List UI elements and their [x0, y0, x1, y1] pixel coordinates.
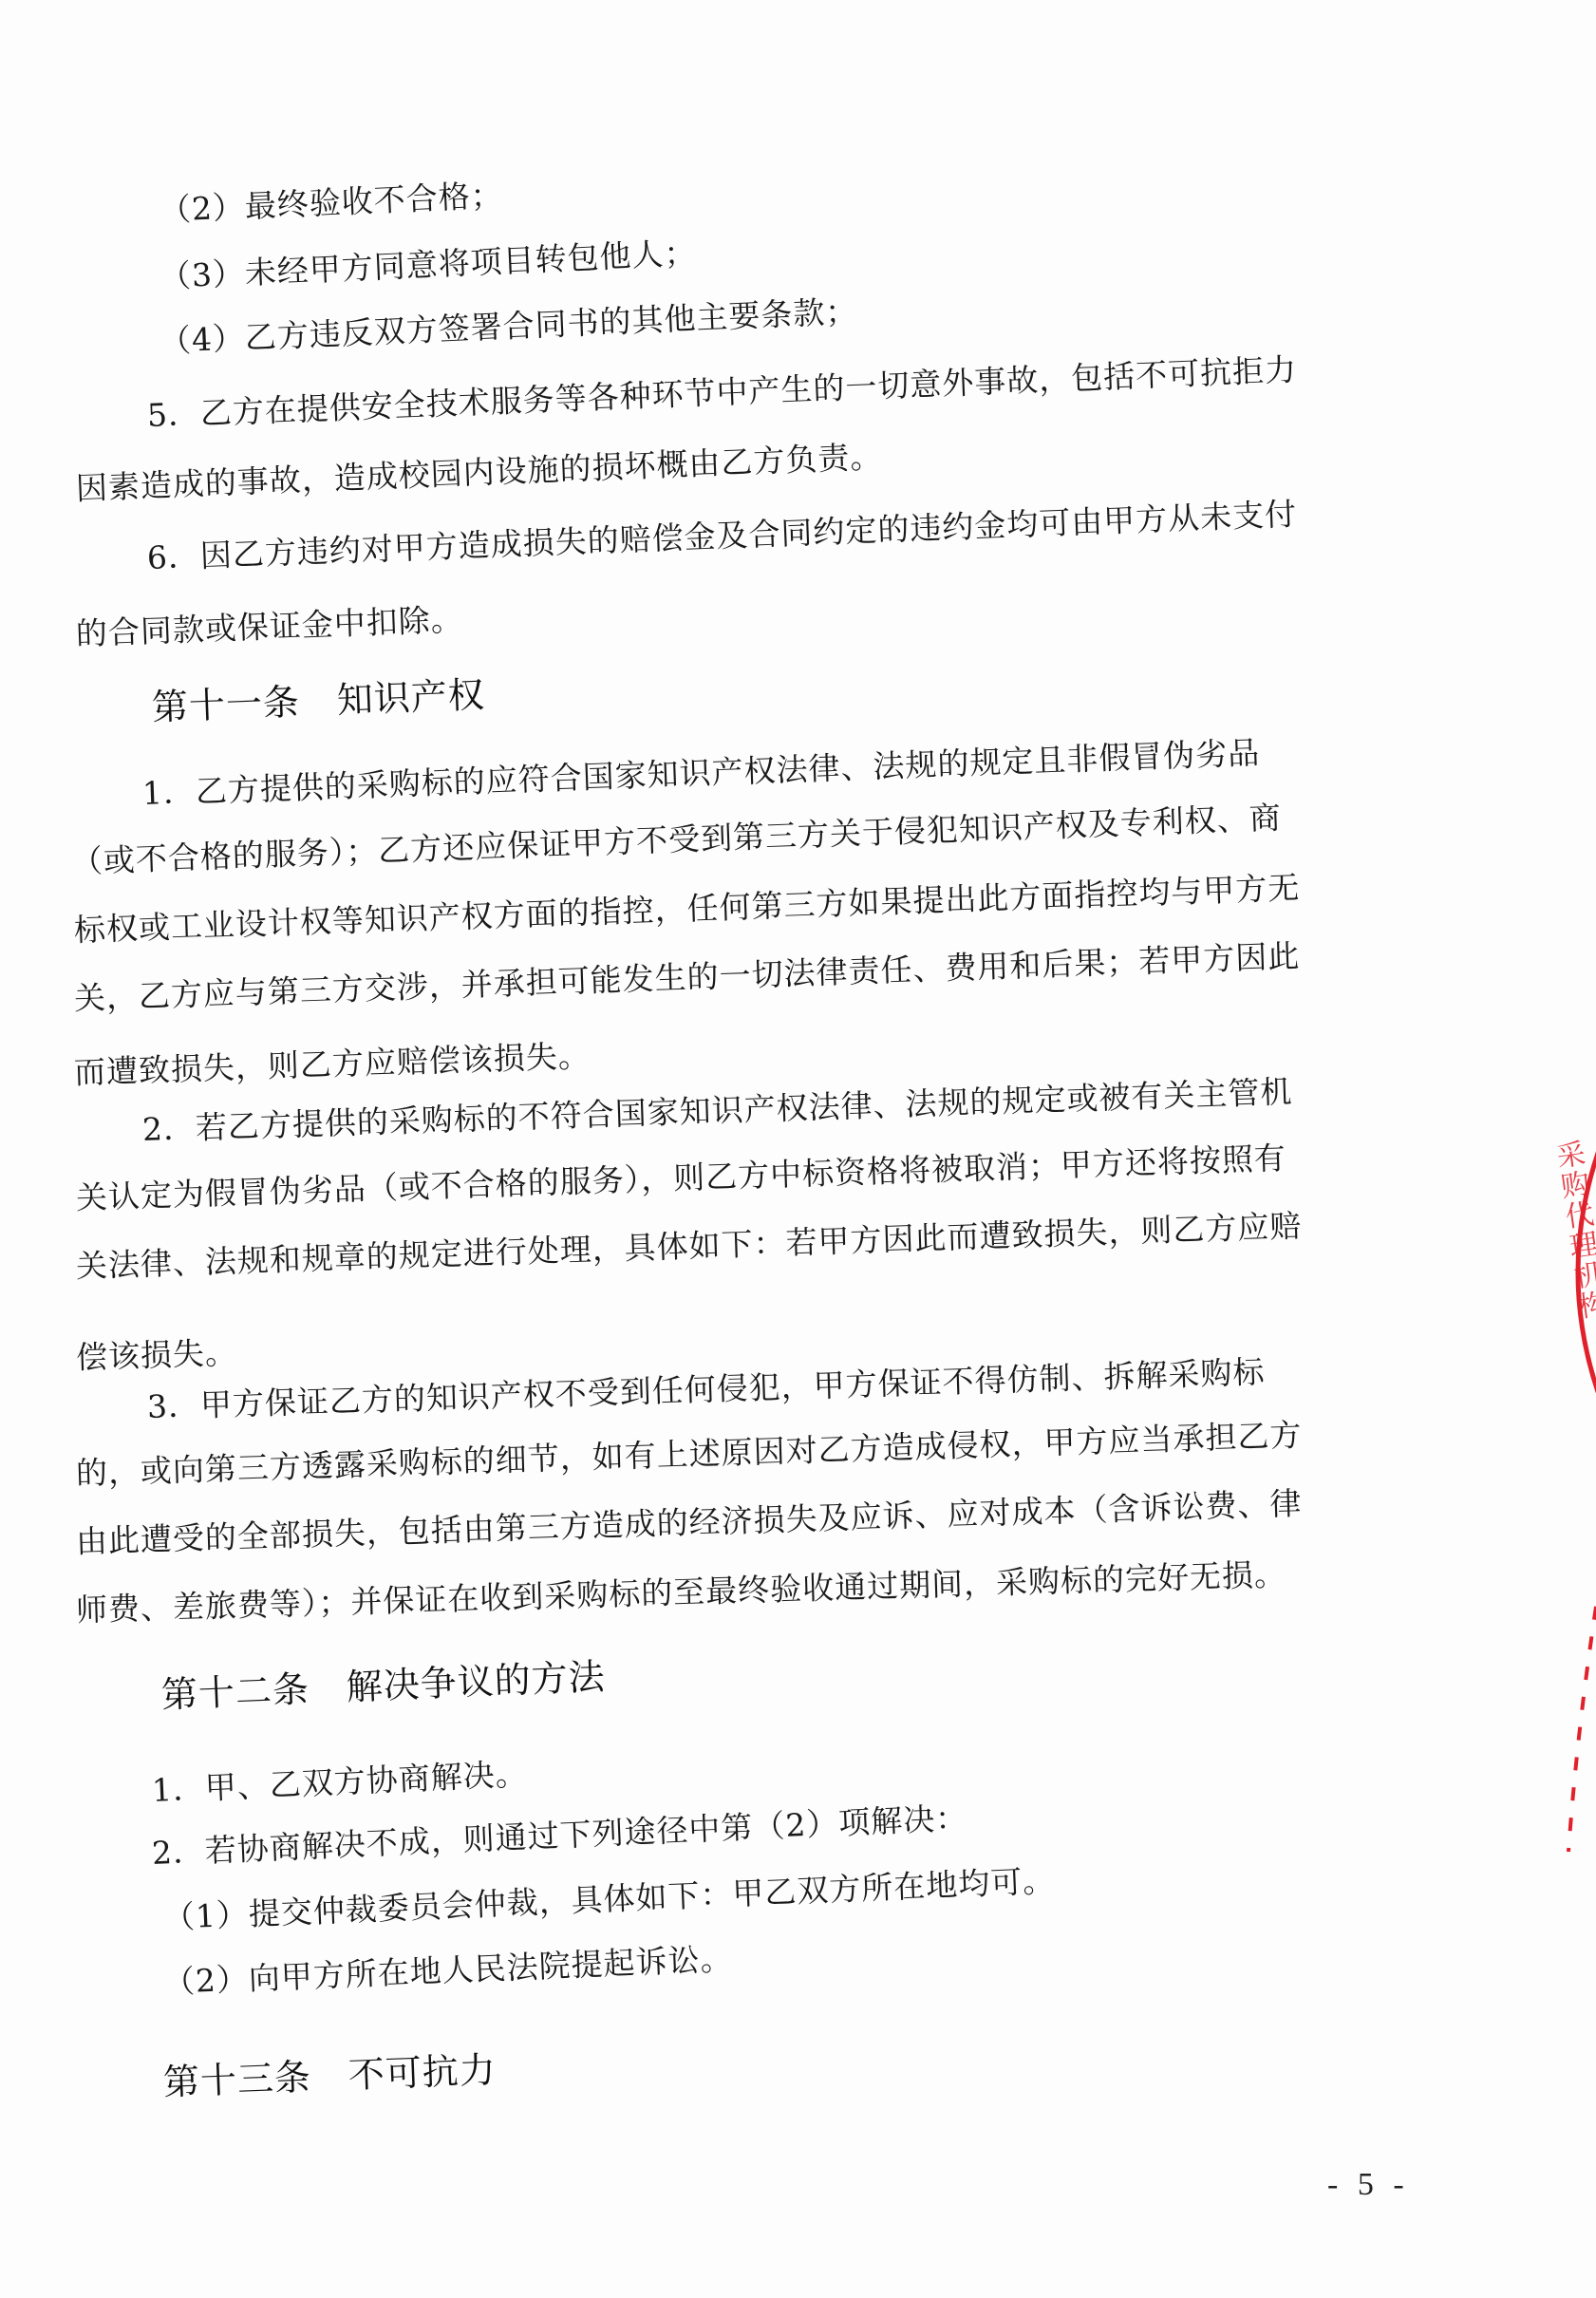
text-line: 关认定为假冒伪劣品（或不合格的服务），则乙方中标资格将被取消；甲方还将按照有 [75, 1140, 1286, 1217]
text-line: 的合同款或保证金中扣除。 [75, 600, 463, 653]
text-line: （3）未经甲方同意将项目转包他人； [159, 234, 697, 296]
red-seal-stamp-lower [1565, 1576, 1596, 1861]
document-page: （2）最终验收不合格； （3）未经甲方同意将项目转包他人； （4）乙方违反双方签… [0, 0, 1596, 2298]
text-line: （2）最终验收不合格； [159, 177, 503, 230]
red-seal-stamp-upper: 采购代理机构 [1536, 1111, 1596, 1434]
text-line: 2．若乙方提供的采购标的不符合国家知识产权法律、法规的规定或被有关主管机 [141, 1073, 1293, 1149]
text-line: 1．乙方提供的采购标的应符合国家知识产权法律、法规的规定且非假冒伪劣品 [141, 734, 1261, 813]
text-line: 而遭致损失，则乙方应赔偿该损失。 [73, 1037, 591, 1092]
article-13-heading: 第十三条 不可抗力 [162, 2048, 498, 2104]
text-line: 标权或工业设计权等知识产权方面的指控，任何第三方如果提出此方面指控均与甲方无 [73, 869, 1301, 950]
text-line: 6．因乙方违约对甲方造成损失的赔偿金及合同约定的违约金均可由甲方从未支付 [146, 495, 1298, 576]
text-line: 由此遭受的全部损失，包括由第三方造成的经济损失及应诉、应对成本（含诉讼费、律 [75, 1484, 1303, 1561]
text-line: 因素造成的事故，造成校园内设施的损坏概由乙方负责。 [75, 438, 883, 508]
article-12-heading: 第十二条 解决争议的方法 [160, 1654, 607, 1717]
text-line: 的，或向第三方透露采购标的细节，如有上述原因对乙方造成侵权，甲方应当承担乙方 [75, 1416, 1303, 1493]
text-line: 关，乙方应与第三方交涉，并承担可能发生的一切法律责任、费用和后果；若甲方因此 [73, 937, 1301, 1018]
text-line: （2）向甲方所在地人民法院提起诉讼。 [162, 1940, 733, 2002]
text-line: 关法律、法规和规章的规定进行处理，具体如下：若甲方因此而遭致损失，则乙方应赔 [75, 1207, 1303, 1286]
text-line: 2．若协商解决不成，则通过下列途径中第（2）项解决： [151, 1799, 968, 1873]
text-line: 3．甲方保证乙方的知识产权不受到任何侵犯，甲方保证不得仿制、拆解采购标 [146, 1353, 1266, 1426]
seal-arc-icon [1565, 1576, 1596, 1861]
text-line: （或不合格的服务）；乙方还应保证甲方不受到第三方关于侵犯知识产权及专利权、商 [70, 799, 1282, 881]
text-line: （1）提交仲裁委员会仲裁，具体如下：甲乙双方所在地均可。 [162, 1862, 1056, 1937]
page-number: - 5 - [1327, 2167, 1410, 2203]
article-11-heading: 第十一条 知识产权 [151, 673, 486, 729]
text-line: 师费、差旅费等）；并保证在收到采购标的至最终验收通过期间，采购标的完好无损。 [75, 1555, 1286, 1629]
text-line: 5．乙方在提供安全技术服务等各种环节中产生的一切意外事故，包括不可抗拒力 [146, 350, 1298, 435]
text-line: 1．甲、乙双方协商解决。 [151, 1755, 528, 1810]
text-line: 偿该损失。 [75, 1334, 237, 1377]
text-line: （4）乙方违反双方签署合同书的其他主要条款； [159, 292, 858, 361]
